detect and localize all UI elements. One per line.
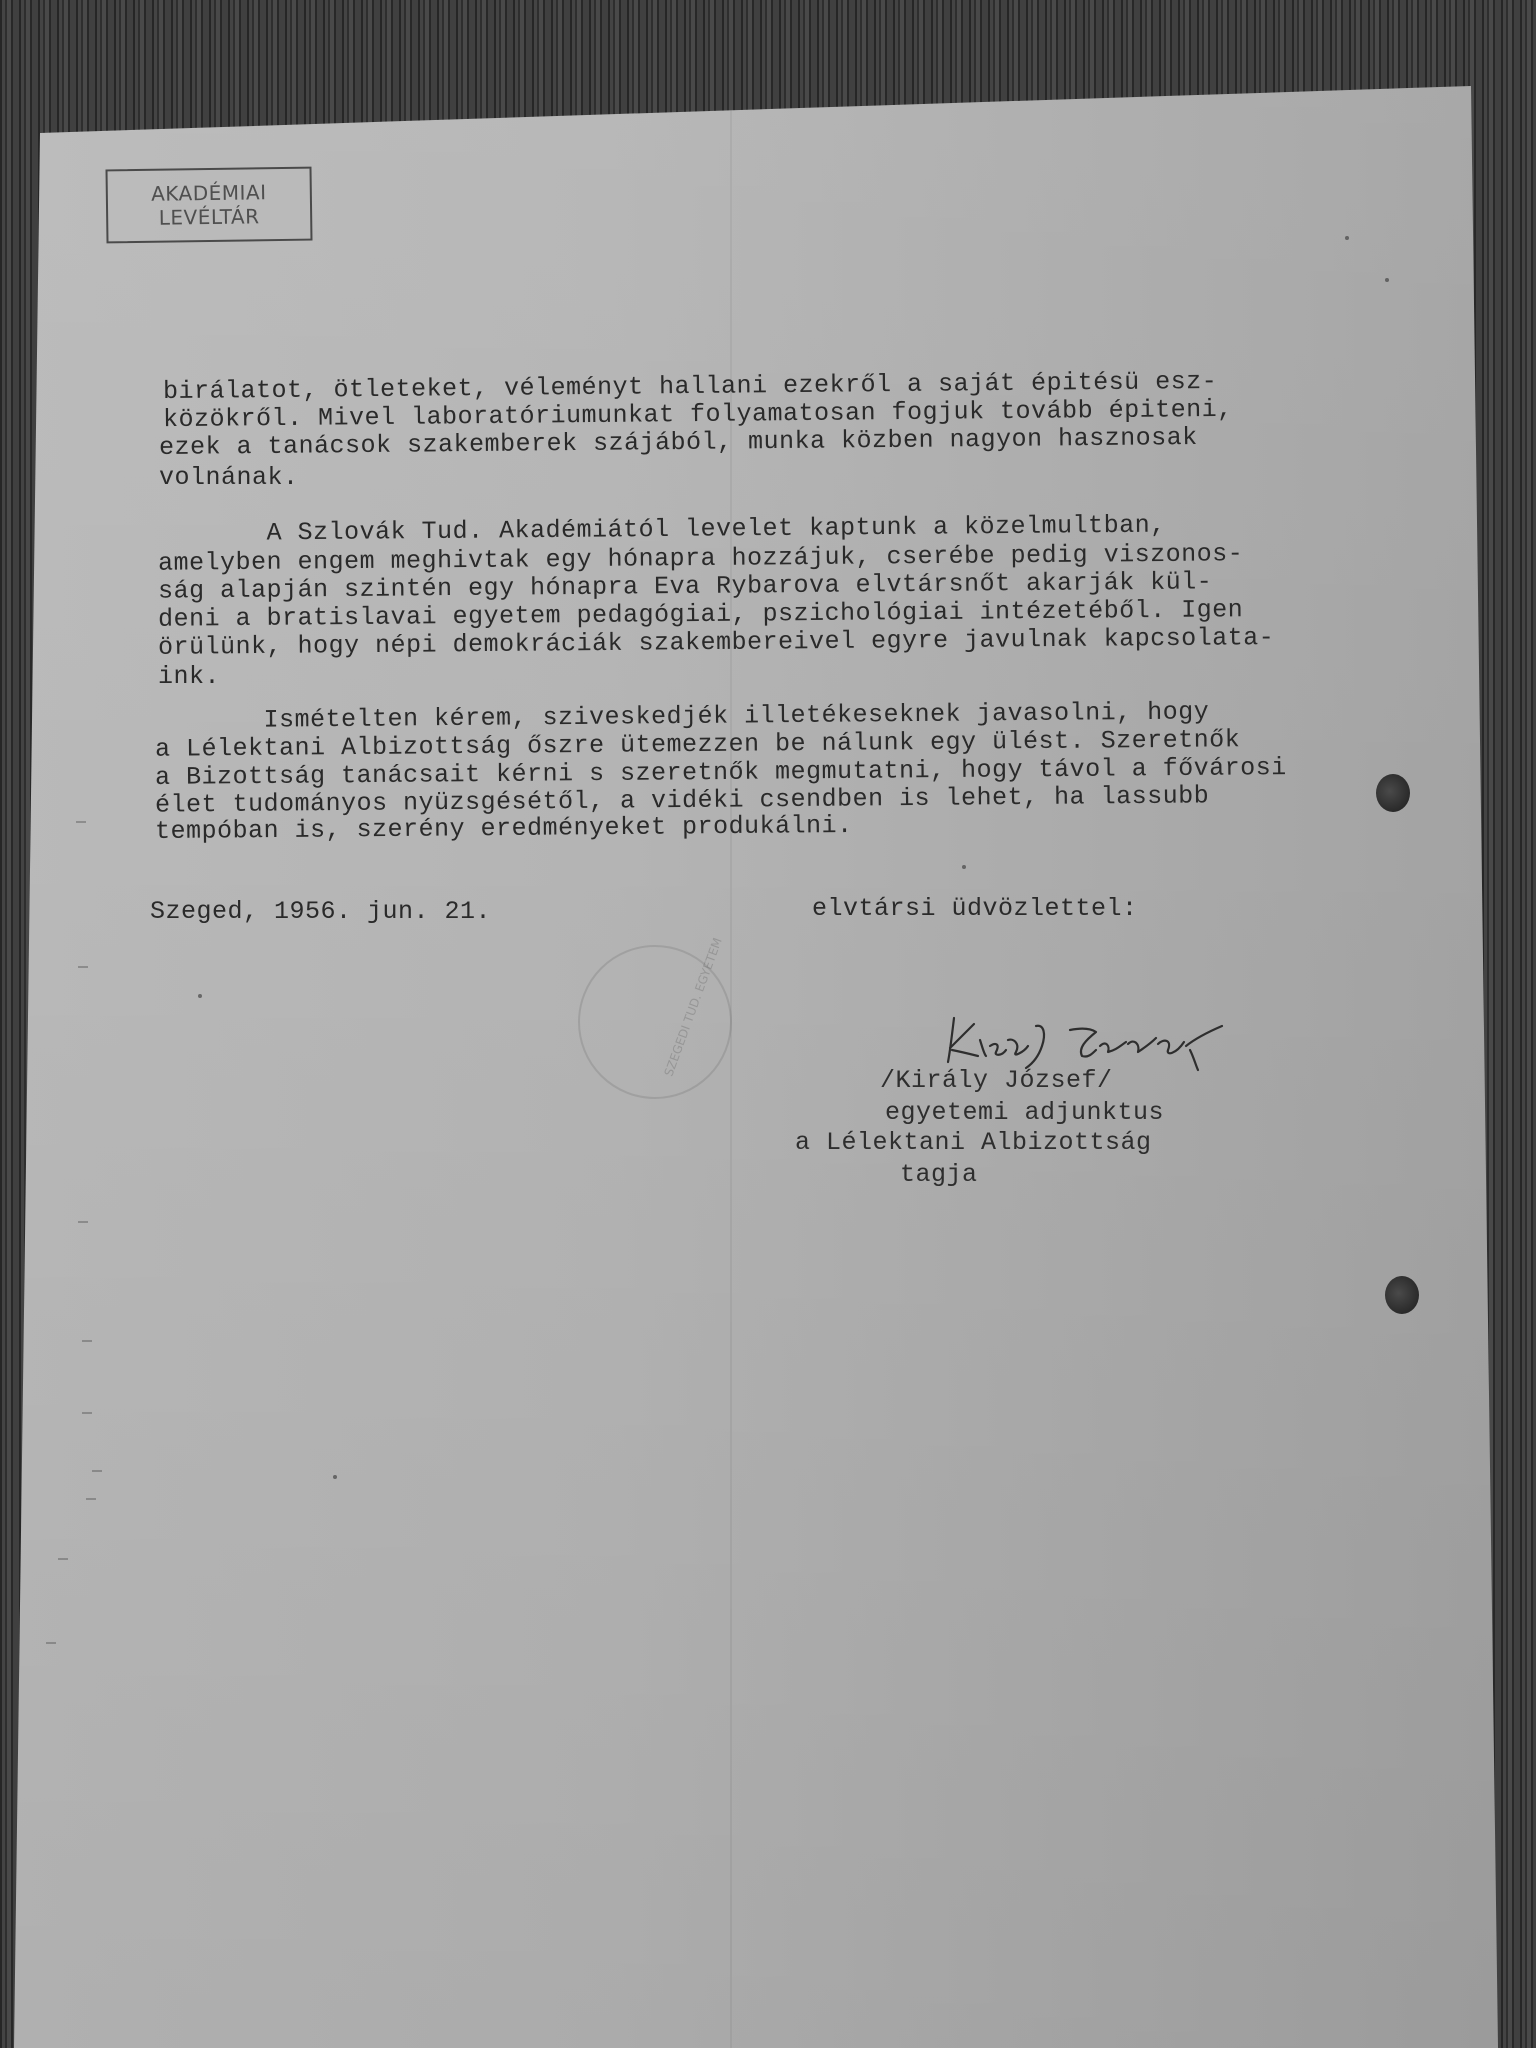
bleed-through-mark [76,821,86,823]
paper-speck [333,1475,337,1479]
signer-committee: a Lélektani Albizottság [795,1128,1152,1157]
body-line: ink. [158,662,220,691]
punch-hole-top [1376,774,1410,812]
handwritten-signature-icon: Király József [940,1010,1230,1080]
signer-title: egyetemi adjunktus [885,1098,1164,1127]
paper-speck [198,994,202,998]
punch-hole-bottom [1385,1276,1419,1314]
place-date: Szeged, 1956. jun. 21. [150,897,491,926]
paper-speck [962,865,966,869]
body-line: volnának. [159,463,299,492]
closing-greeting: elvtársi üdvözlettel: [812,894,1138,923]
bleed-through-mark [58,1558,68,1560]
bleed-through-mark [78,966,88,968]
bleed-through-mark [92,1470,102,1472]
letter-body: birálatot, ötleteket, véleményt hallani … [0,0,1536,2048]
bleed-through-mark [82,1340,92,1342]
bleed-through-mark [82,1412,92,1414]
body-line: tempóban is, szerény eredményeket produk… [155,811,853,846]
bleed-through-mark [46,1642,56,1644]
bleed-through-mark [86,1498,96,1500]
bleed-through-mark [78,1221,88,1223]
signer-role: tagja [900,1160,978,1189]
paper-speck [1345,236,1349,240]
paper-speck [1385,278,1389,282]
